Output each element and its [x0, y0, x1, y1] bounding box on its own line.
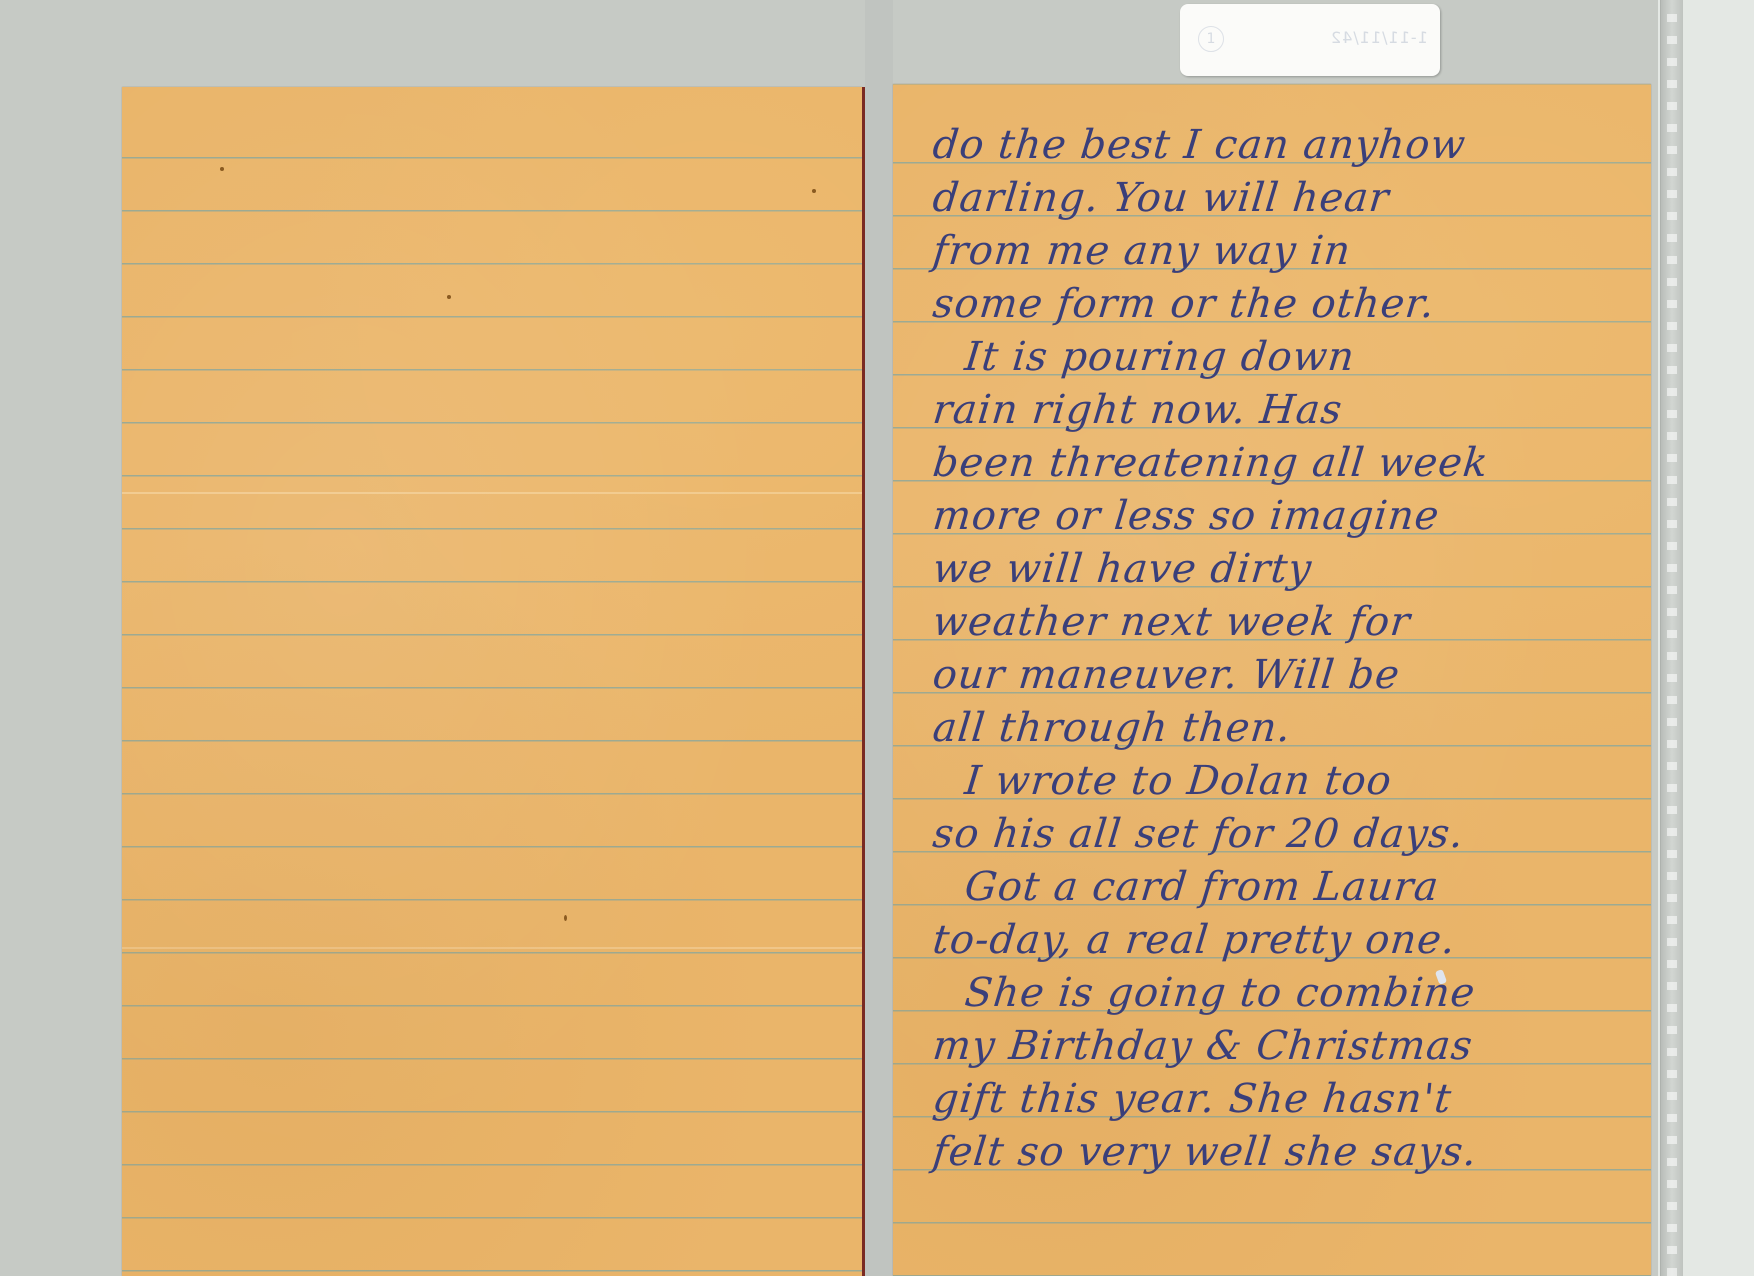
handwritten-text: do the best I can anyhow darling. You wi…: [933, 119, 1631, 1179]
letter-line: more or less so imagine: [930, 490, 1634, 543]
letter-line: gift this year. She hasn't: [930, 1073, 1634, 1126]
letter-line: been threatening all week: [930, 437, 1634, 490]
letter-line: weather next week for: [930, 596, 1634, 649]
letter-line: our maneuver. Will be: [930, 649, 1634, 702]
label-mirrored-code: 1-11/11/42: [1330, 28, 1428, 47]
label-circle-mark: 1: [1198, 26, 1224, 52]
letter-line: Got a card from Laura: [930, 861, 1634, 914]
sleeve-perforations: [1667, 0, 1677, 1276]
paper-speck: [812, 189, 816, 193]
letter-line: She is going to combine: [930, 967, 1634, 1020]
page-gap: [865, 0, 893, 1276]
letter-line: my Birthday & Christmas: [930, 1020, 1634, 1073]
fold-crease: [122, 947, 862, 949]
paper-speck: [220, 167, 224, 171]
archive-label: 1 1-11/11/42: [1180, 4, 1440, 76]
paper-speck: [564, 915, 567, 921]
letter-line: to-day, a real pretty one.: [930, 914, 1634, 967]
letter-line: felt so very well she says.: [930, 1126, 1634, 1179]
letter-line: all through then.: [930, 702, 1634, 755]
letter-line: It is pouring down: [930, 331, 1634, 384]
letter-line: rain right now. Has: [930, 384, 1634, 437]
letter-line: darling. You will hear: [930, 172, 1634, 225]
letter-line: so his all set for 20 days.: [930, 808, 1634, 861]
paper-speck: [447, 295, 451, 299]
letter-line: from me any way in: [930, 225, 1634, 278]
letter-line: some form or the other.: [930, 278, 1634, 331]
right-letter-page: do the best I can anyhow darling. You wi…: [893, 84, 1651, 1276]
letter-line: I wrote to Dolan too: [930, 755, 1634, 808]
left-letter-page: [122, 87, 862, 1276]
letter-line: we will have dirty: [930, 543, 1634, 596]
fold-crease: [122, 492, 862, 494]
letter-line: do the best I can anyhow: [930, 119, 1634, 172]
